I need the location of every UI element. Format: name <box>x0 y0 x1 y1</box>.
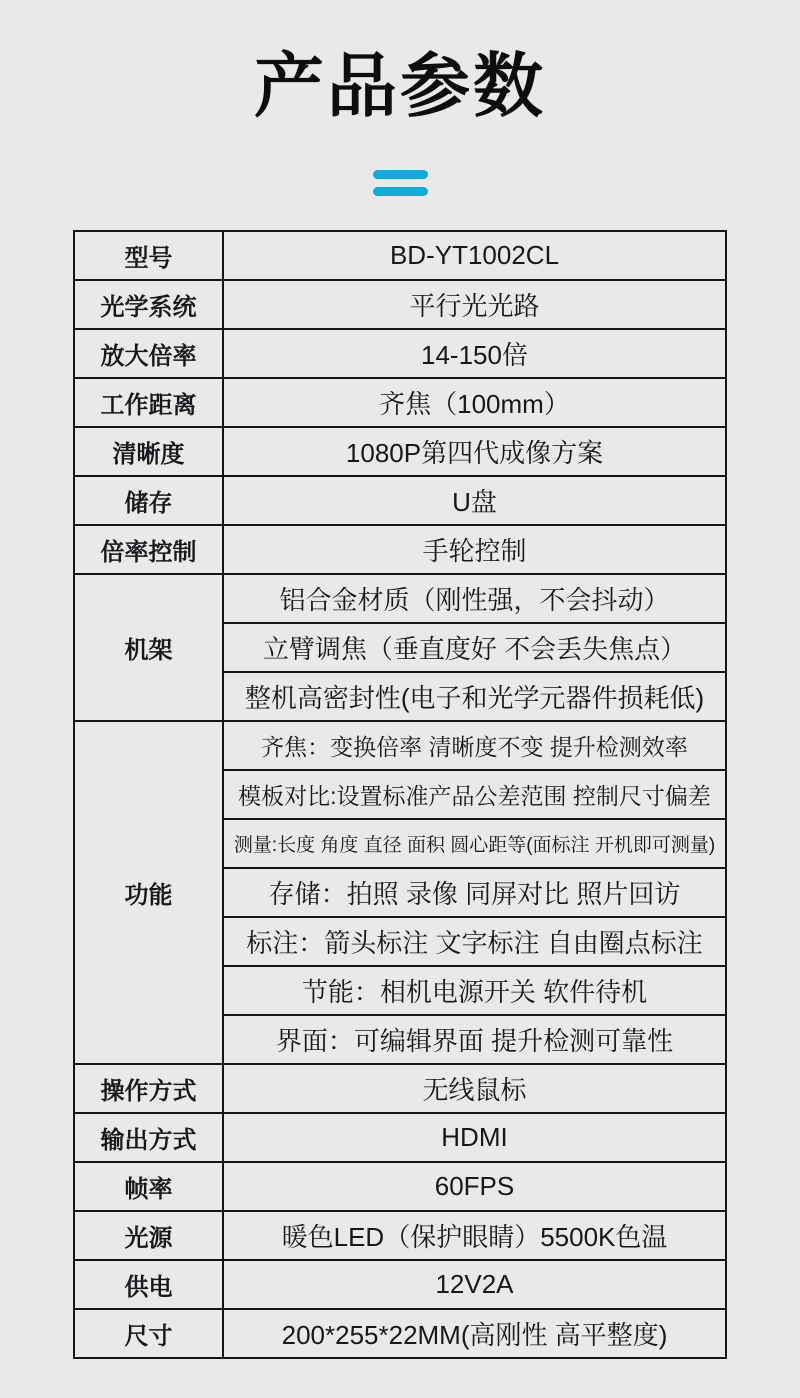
spec-value-cell: 手轮控制 <box>223 525 726 574</box>
accent-bar-bottom <box>373 187 428 196</box>
spec-label-cell: 供电 <box>74 1260 223 1309</box>
spec-value-cell: 存储：拍照 录像 同屏对比 照片回访 <box>223 868 726 917</box>
spec-value-cell: 测量:长度 角度 直径 面积 圆心距等(面标注 开机即可测量) <box>223 819 726 868</box>
spec-label-cell: 储存 <box>74 476 223 525</box>
spec-label-cell: 放大倍率 <box>74 329 223 378</box>
spec-label-cell: 机架 <box>74 574 223 721</box>
spec-table-row: 储存U盘 <box>74 476 726 525</box>
spec-label-cell: 帧率 <box>74 1162 223 1211</box>
spec-value-cell: 标注：箭头标注 文字标注 自由圈点标注 <box>223 917 726 966</box>
spec-value-cell: 节能：相机电源开关 软件待机 <box>223 966 726 1015</box>
spec-table-row: 光源暖色LED（保护眼睛）5500K色温 <box>74 1211 726 1260</box>
spec-label-cell: 工作距离 <box>74 378 223 427</box>
spec-table-row: 光学系统平行光光路 <box>74 280 726 329</box>
spec-value-cell: 铝合金材质（刚性强，不会抖动） <box>223 574 726 623</box>
spec-table-row: 供电12V2A <box>74 1260 726 1309</box>
spec-label-cell: 功能 <box>74 721 223 1064</box>
spec-table-row: 输出方式HDMI <box>74 1113 726 1162</box>
spec-table-row: 型号BD-YT1002CL <box>74 231 726 280</box>
spec-value-cell: 平行光光路 <box>223 280 726 329</box>
spec-label-cell: 光学系统 <box>74 280 223 329</box>
spec-table-row: 工作距离齐焦（100mm） <box>74 378 726 427</box>
spec-value-cell: 200*255*22MM(高刚性 高平整度) <box>223 1309 726 1358</box>
spec-value-cell: 齐焦：变换倍率 清晰度不变 提升检测效率 <box>223 721 726 770</box>
spec-value-cell: 界面：可编辑界面 提升检测可靠性 <box>223 1015 726 1064</box>
spec-value-cell: 模板对比:设置标准产品公差范围 控制尺寸偏差 <box>223 770 726 819</box>
spec-value-cell: 无线鼠标 <box>223 1064 726 1113</box>
spec-table-row: 帧率60FPS <box>74 1162 726 1211</box>
spec-table-row: 尺寸200*255*22MM(高刚性 高平整度) <box>74 1309 726 1358</box>
spec-table-row: 功能齐焦：变换倍率 清晰度不变 提升检测效率 <box>74 721 726 770</box>
spec-value-cell: U盘 <box>223 476 726 525</box>
spec-label-cell: 光源 <box>74 1211 223 1260</box>
spec-label-cell: 倍率控制 <box>74 525 223 574</box>
spec-table-row: 倍率控制手轮控制 <box>74 525 726 574</box>
spec-value-cell: 14-150倍 <box>223 329 726 378</box>
spec-label-cell: 尺寸 <box>74 1309 223 1358</box>
spec-value-cell: HDMI <box>223 1113 726 1162</box>
accent-bar-top <box>373 170 428 179</box>
spec-value-cell: 立臂调焦（垂直度好 不会丢失焦点） <box>223 623 726 672</box>
spec-table-row: 操作方式无线鼠标 <box>74 1064 726 1113</box>
spec-label-cell: 清晰度 <box>74 427 223 476</box>
spec-value-cell: 60FPS <box>223 1162 726 1211</box>
spec-label-cell: 输出方式 <box>74 1113 223 1162</box>
product-spec-table: 型号BD-YT1002CL光学系统平行光光路放大倍率14-150倍工作距离齐焦（… <box>73 230 727 1359</box>
spec-value-cell: 1080P第四代成像方案 <box>223 427 726 476</box>
spec-label-cell: 操作方式 <box>74 1064 223 1113</box>
spec-value-cell: 暖色LED（保护眼睛）5500K色温 <box>223 1211 726 1260</box>
spec-table-row: 清晰度1080P第四代成像方案 <box>74 427 726 476</box>
page-title: 产品参数 <box>0 50 800 124</box>
spec-table-row: 放大倍率14-150倍 <box>74 329 726 378</box>
spec-value-cell: 整机高密封性(电子和光学元器件损耗低) <box>223 672 726 721</box>
spec-value-cell: 齐焦（100mm） <box>223 378 726 427</box>
spec-value-cell: 12V2A <box>223 1260 726 1309</box>
title-underline-decoration <box>0 170 800 196</box>
spec-table-row: 机架铝合金材质（刚性强，不会抖动） <box>74 574 726 623</box>
spec-value-cell: BD-YT1002CL <box>223 231 726 280</box>
spec-label-cell: 型号 <box>74 231 223 280</box>
